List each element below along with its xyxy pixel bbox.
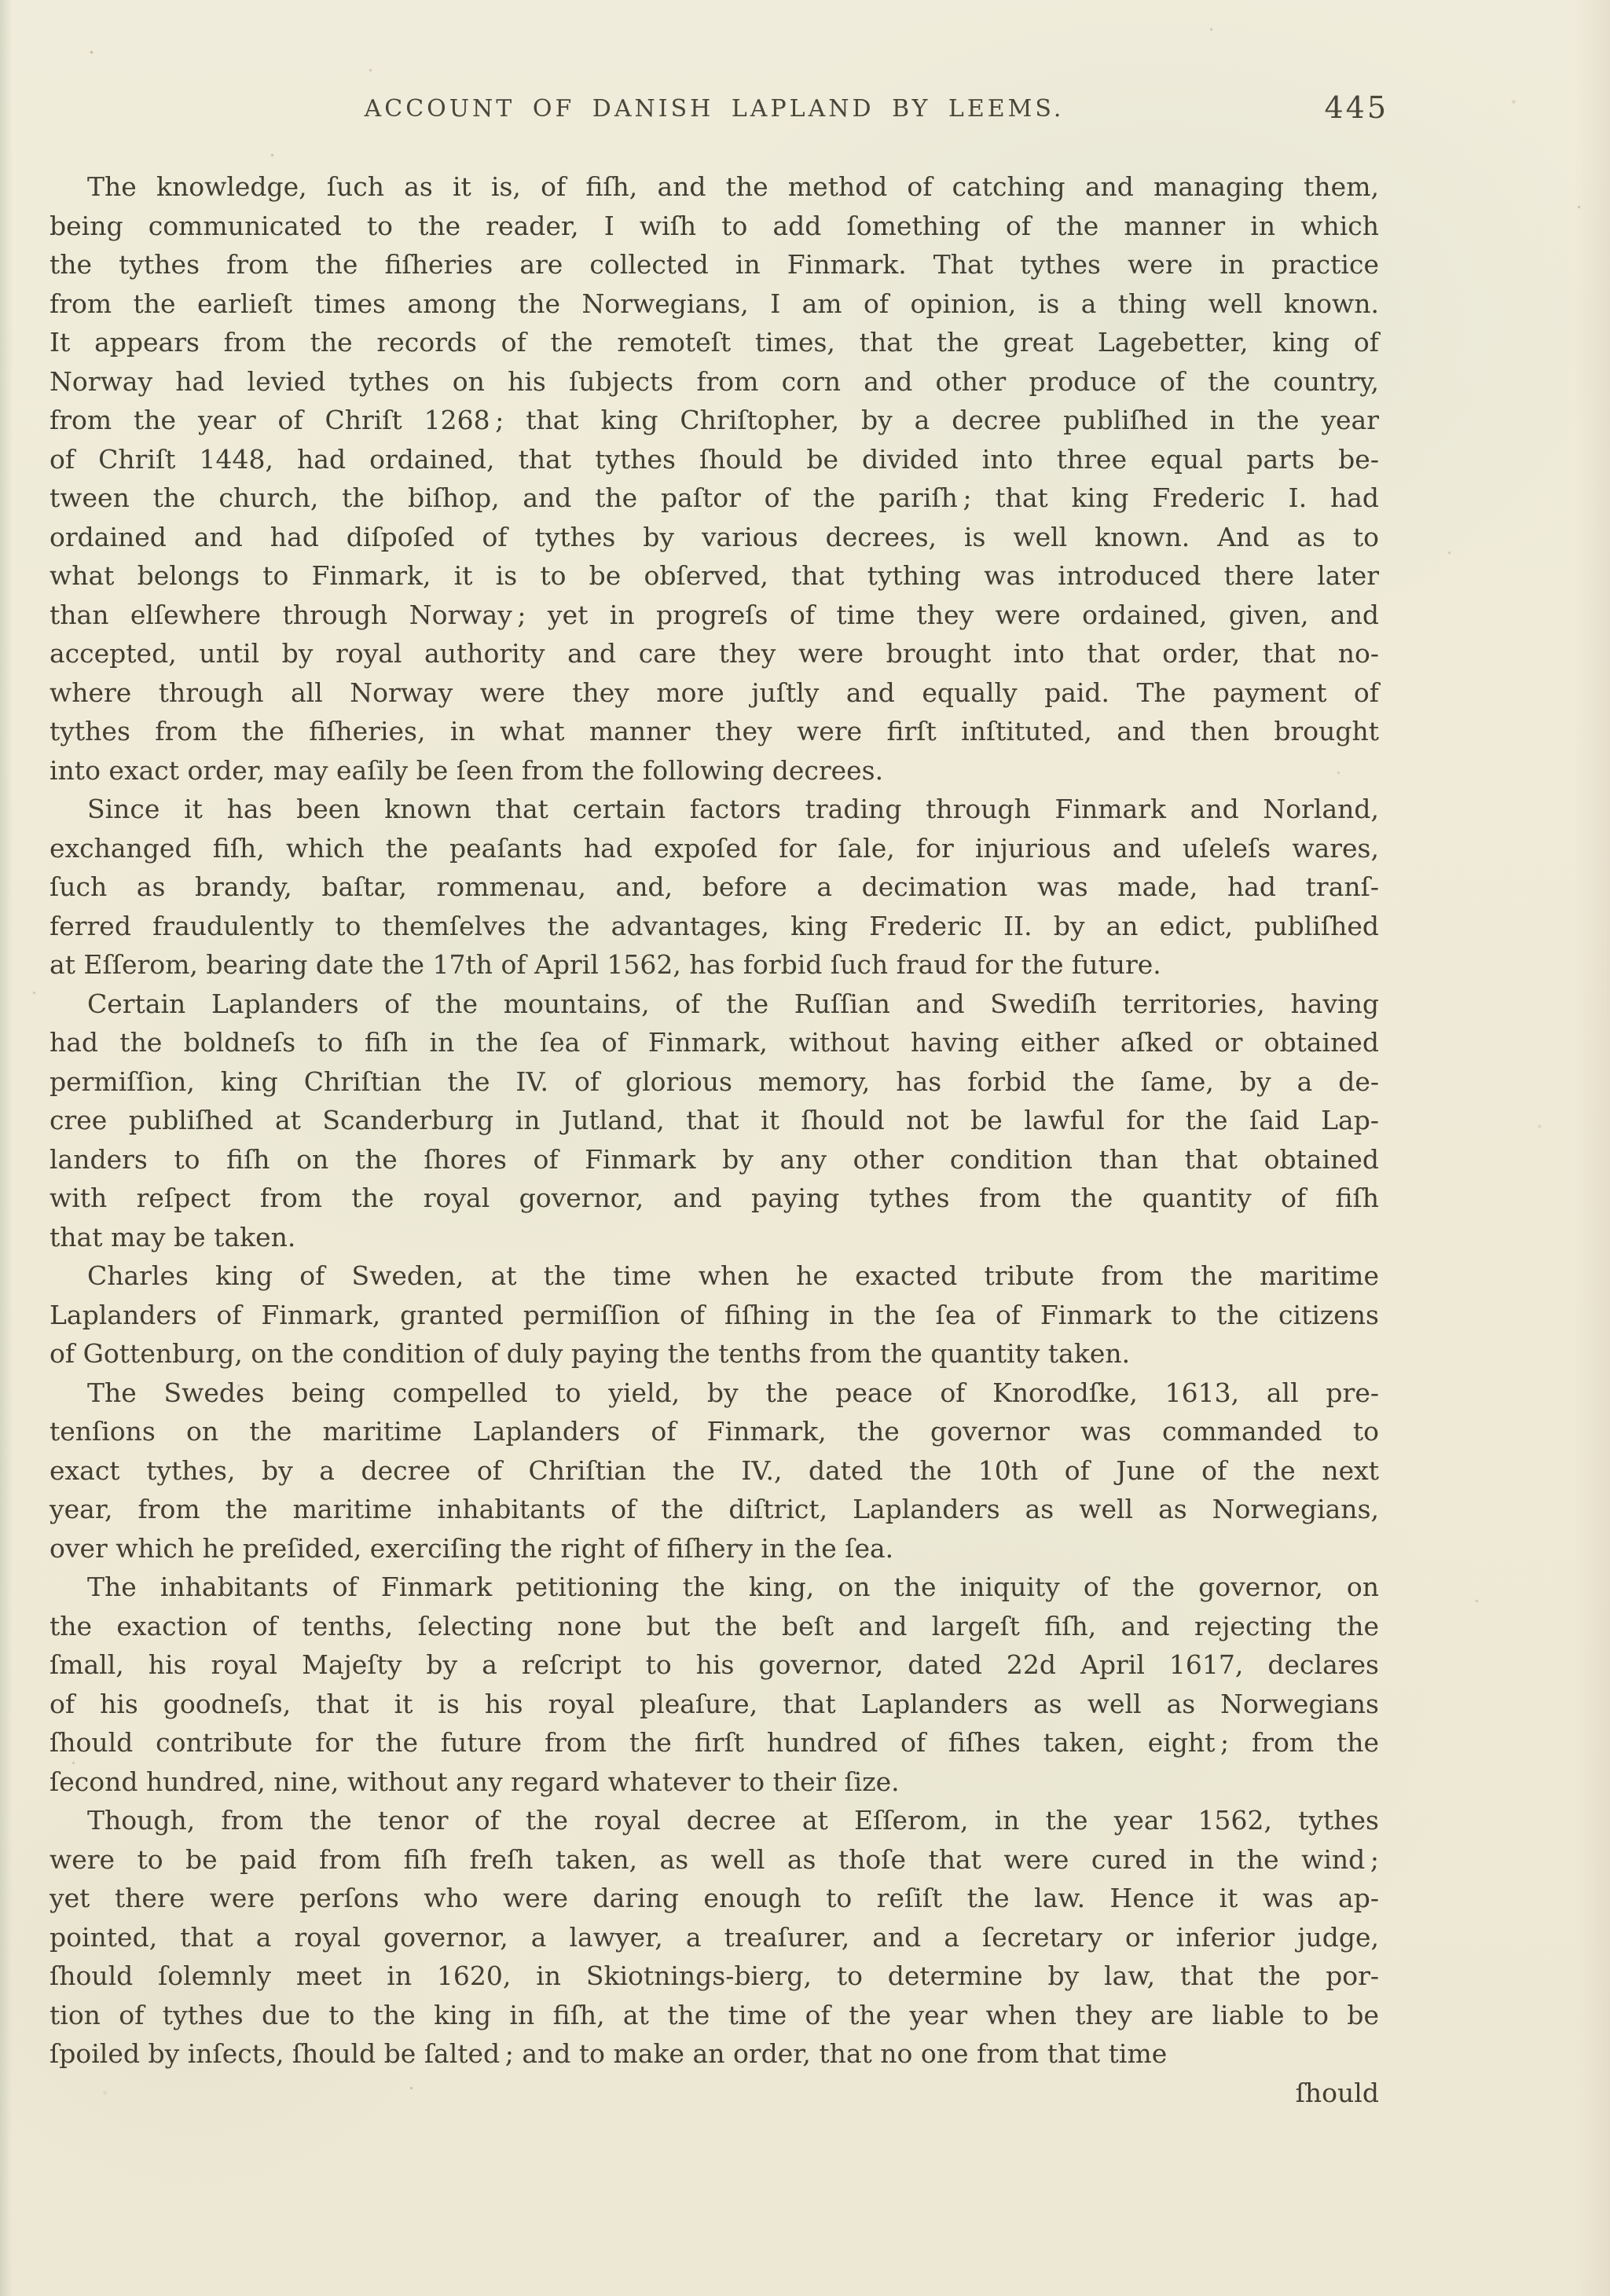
text-line: It appears from the records of the remot…	[50, 323, 1379, 362]
running-title: ACCOUNT OF DANISH LAPLAND BY LEEMS.	[50, 95, 1379, 123]
text-line: pointed, that a royal governor, a lawyer…	[50, 1918, 1379, 1957]
paragraph: Certain Laplanders of the mountains, of …	[50, 985, 1379, 1257]
text-line: Though, from the tenor of the royal decr…	[50, 1801, 1379, 1840]
text-line: where through all Norway were they more …	[50, 673, 1379, 713]
text-line: ſhould ſolemnly meet in 1620, in Skiotni…	[50, 1957, 1379, 1996]
text-line: ſmall, his royal Majeſty by a reſcript t…	[50, 1645, 1379, 1685]
text-line: that may be taken.	[50, 1218, 1379, 1257]
text-line: ſpoiled by inſects, ſhould be ſalted ; a…	[50, 2034, 1379, 2074]
text-line: ſuch as brandy, baſtar, rommenau, and, b…	[50, 867, 1379, 907]
text-line: year, from the maritime inhabitants of t…	[50, 1490, 1379, 1529]
text-line: over which he preſided, exerciſing the r…	[50, 1529, 1379, 1568]
text-line: yet there were perſons who were daring e…	[50, 1879, 1379, 1918]
book-page: ACCOUNT OF DANISH LAPLAND BY LEEMS. 445 …	[0, 0, 1610, 2296]
text-line: Norway had levied tythes on his ſubjects…	[50, 362, 1379, 402]
text-line: ſecond hundred, nine, without any regard…	[50, 1762, 1379, 1802]
paragraph: The Swedes being compelled to yield, by …	[50, 1374, 1379, 1568]
text-line: were to be paid from fiſh freſh taken, a…	[50, 1840, 1379, 1880]
text-line: The Swedes being compelled to yield, by …	[50, 1374, 1379, 1413]
text-line: The knowledge, ſuch as it is, of fiſh, a…	[50, 167, 1379, 207]
text-line: than elſewhere through Norway ; yet in p…	[50, 596, 1379, 635]
paragraph: The knowledge, ſuch as it is, of fiſh, a…	[50, 167, 1379, 790]
text-line: Since it has been known that certain fac…	[50, 790, 1379, 829]
text-line: exchanged fiſh, which the peaſants had e…	[50, 829, 1379, 868]
text-line: ordained and had diſpoſed of tythes by v…	[50, 518, 1379, 557]
text-line: The inhabitants of Finmark petitioning t…	[50, 1568, 1379, 1607]
paragraph: Since it has been known that certain fac…	[50, 790, 1379, 985]
catchword: ſhould	[50, 2074, 1379, 2113]
paragraph: Charles king of Sweden, at the time when…	[50, 1256, 1379, 1374]
text-line: what belongs to Finmark, it is to be obſ…	[50, 556, 1379, 596]
text-line: at Eſſerom, bearing date the 17th of Apr…	[50, 945, 1379, 985]
text-line: ferred fraudulently to themſelves the ad…	[50, 907, 1379, 946]
text-line: landers to fiſh on the ſhores of Finmark…	[50, 1140, 1379, 1179]
text-line: from the earlieſt times among the Norweg…	[50, 284, 1379, 324]
text-line: tythes from the fiſheries, in what manne…	[50, 712, 1379, 751]
text-line: accepted, until by royal authority and c…	[50, 634, 1379, 673]
page-header: ACCOUNT OF DANISH LAPLAND BY LEEMS. 445	[50, 95, 1379, 138]
text-line: ſhould contribute for the future from th…	[50, 1723, 1379, 1762]
text-line: tween the church, the biſhop, and the pa…	[50, 479, 1379, 518]
text-line: exact tythes, by a decree of Chriſtian t…	[50, 1451, 1379, 1491]
text-line: the tythes from the fiſheries are collec…	[50, 245, 1379, 284]
text-line: being communicated to the reader, I wiſh…	[50, 207, 1379, 246]
text-line: tion of tythes due to the king in fiſh, …	[50, 1996, 1379, 2035]
paragraph: Though, from the tenor of the royal decr…	[50, 1801, 1379, 2074]
text-line: had the boldneſs to fiſh in the ſea of F…	[50, 1023, 1379, 1062]
text-line: the exaction of tenths, ſelecting none b…	[50, 1607, 1379, 1646]
page-number: 445	[1324, 90, 1388, 125]
text-line: permiſſion, king Chriſtian the IV. of gl…	[50, 1062, 1379, 1102]
text-line: tenſions on the maritime Laplanders of F…	[50, 1412, 1379, 1451]
text-line: of Gottenburg, on the condition of duly …	[50, 1334, 1379, 1374]
text-line: Certain Laplanders of the mountains, of …	[50, 985, 1379, 1024]
text-line: with reſpect from the royal governor, an…	[50, 1179, 1379, 1218]
text-line: of Chriſt 1448, had ordained, that tythe…	[50, 440, 1379, 479]
text-line: cree publiſhed at Scanderburg in Jutland…	[50, 1101, 1379, 1140]
text-line: Laplanders of Finmark, granted permiſſio…	[50, 1296, 1379, 1335]
page-body: The knowledge, ſuch as it is, of fiſh, a…	[50, 167, 1379, 2112]
text-line: from the year of Chriſt 1268 ; that king…	[50, 401, 1379, 440]
paragraph: The inhabitants of Finmark petitioning t…	[50, 1568, 1379, 1801]
text-line: of his goodneſs, that it is his royal pl…	[50, 1685, 1379, 1724]
text-line: into exact order, may eaſily be ſeen fro…	[50, 751, 1379, 790]
text-line: Charles king of Sweden, at the time when…	[50, 1256, 1379, 1296]
